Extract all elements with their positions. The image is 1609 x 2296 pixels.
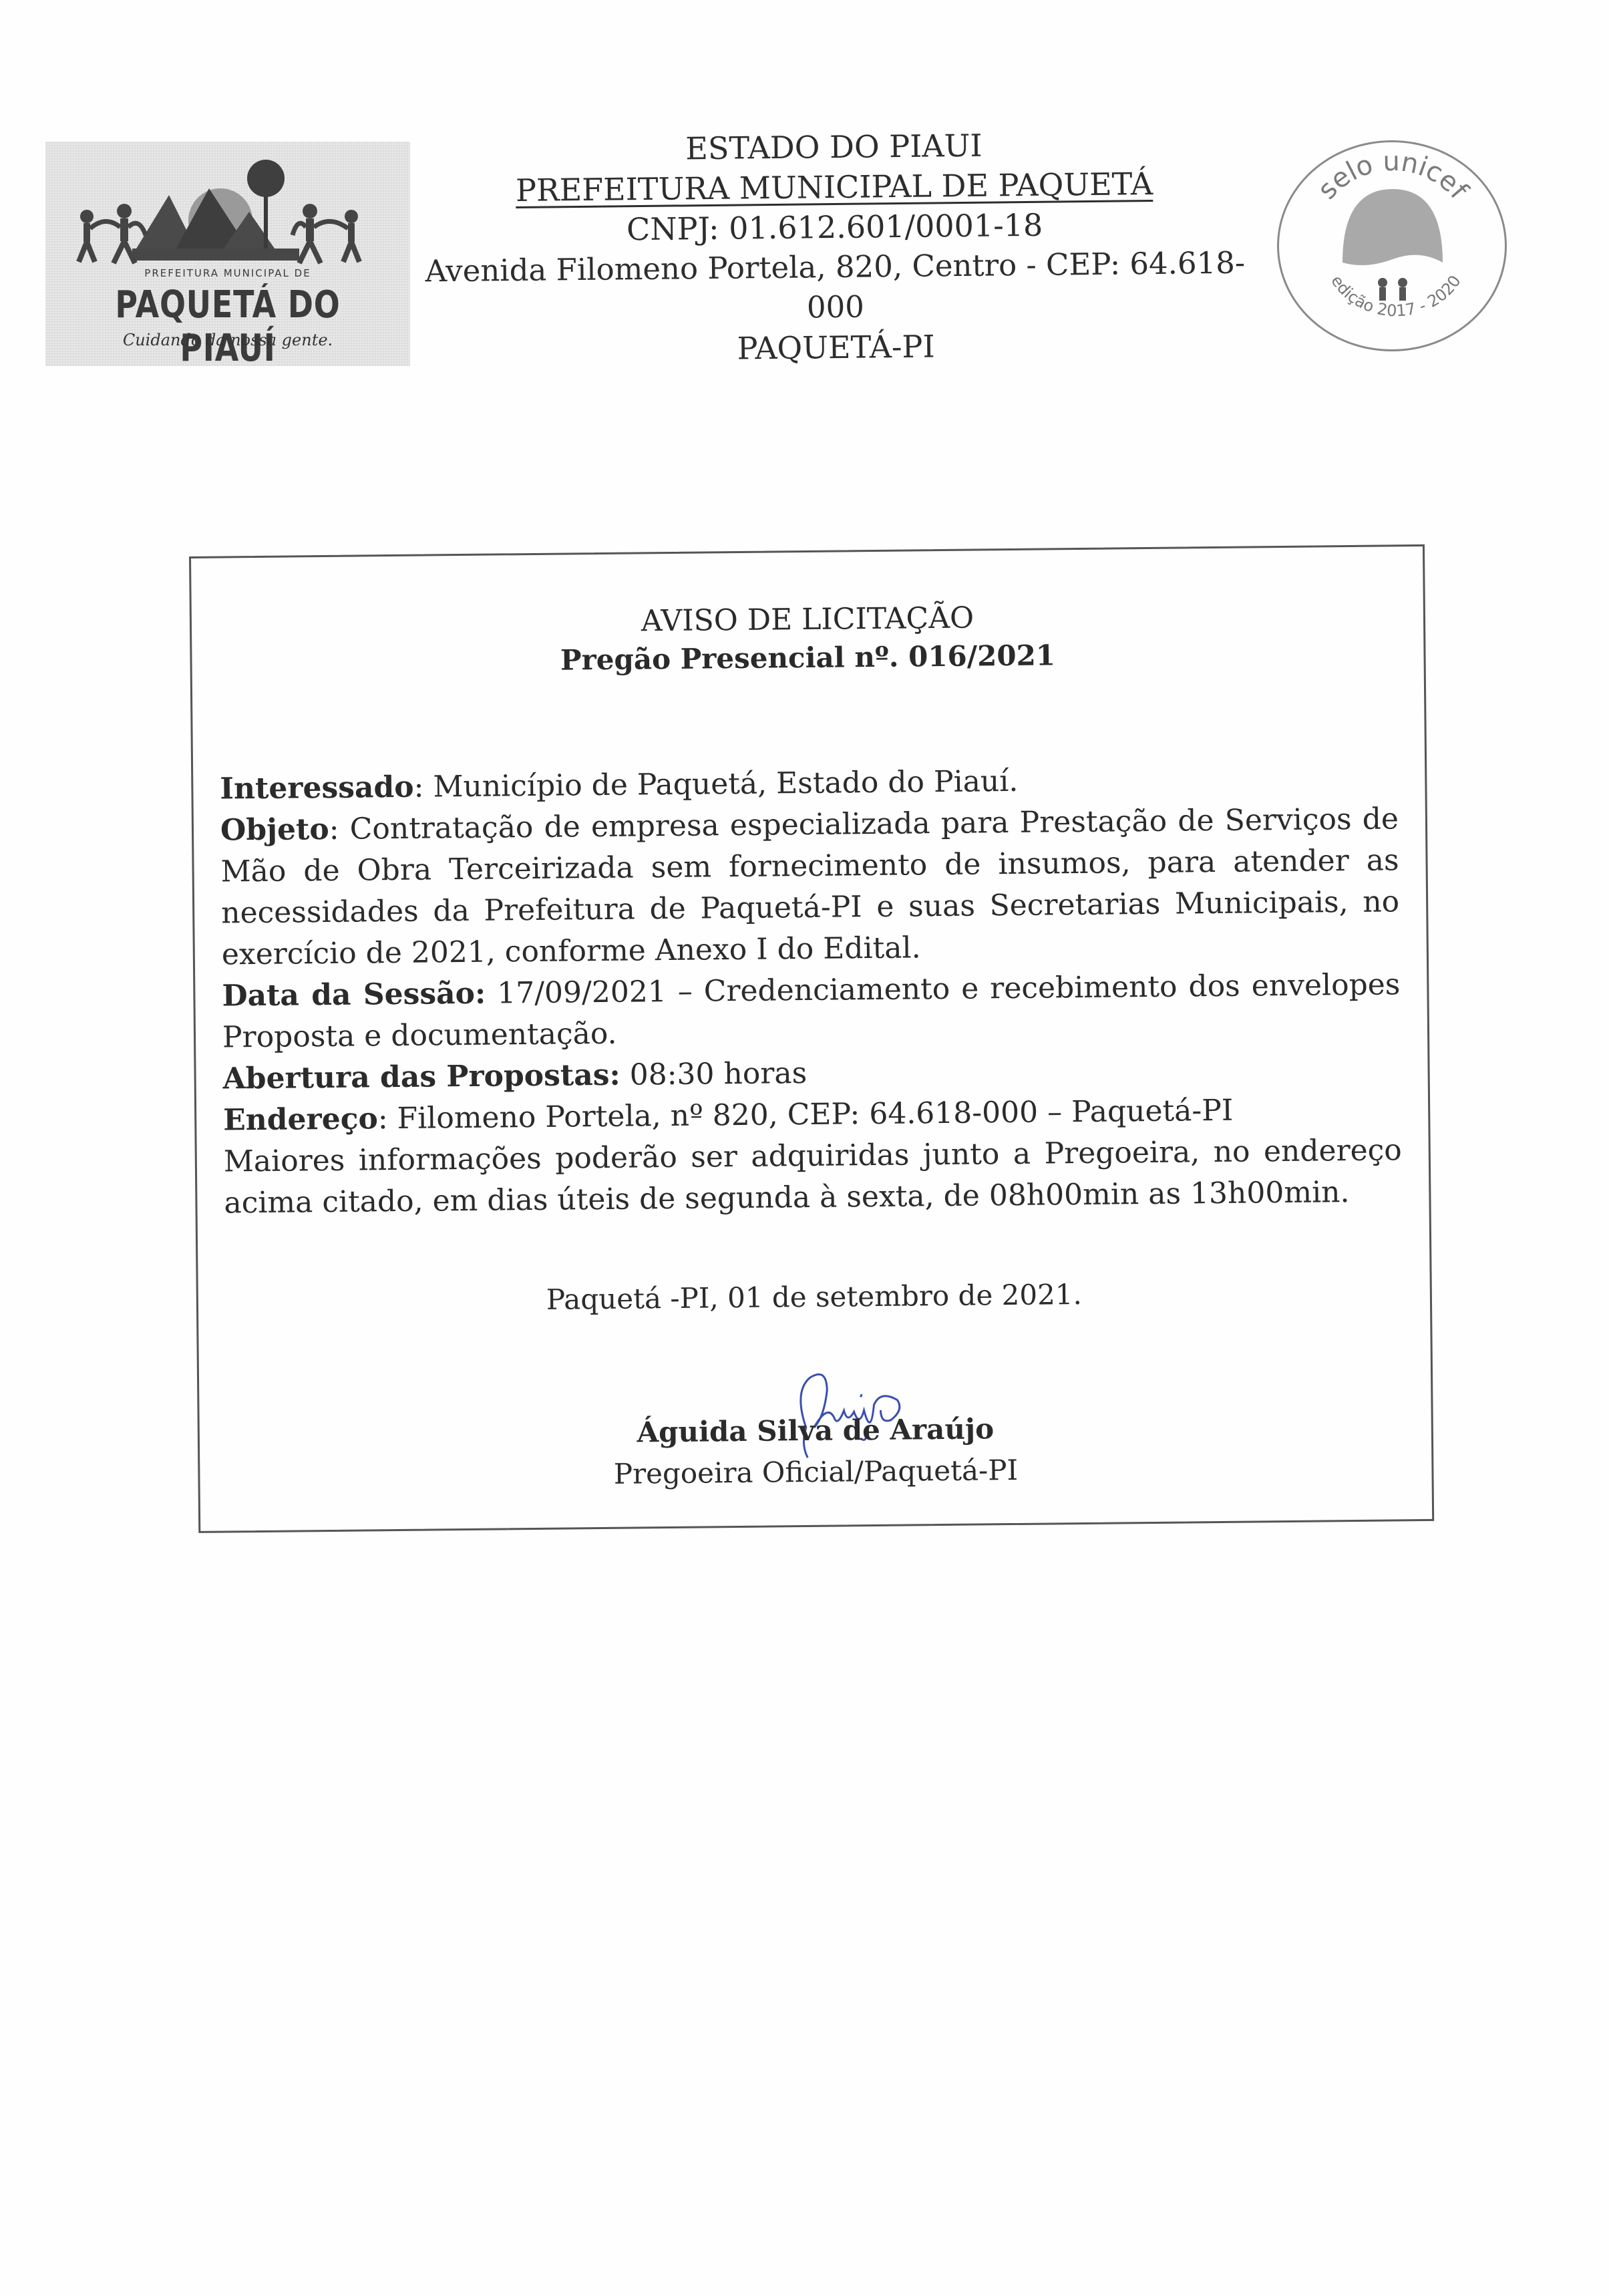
signer-role: Pregoeira Oficial/Paquetá-PI bbox=[200, 1450, 1431, 1494]
field-objeto: Objeto: Contratação de empresa especiali… bbox=[220, 798, 1400, 975]
notice-title: AVISO DE LICITAÇÃO bbox=[192, 597, 1423, 643]
label-endereco: Endereço bbox=[223, 1102, 378, 1137]
document-page: PREFEITURA MUNICIPAL DE PAQUETÁ DO PIAUÍ… bbox=[0, 0, 1609, 2296]
place-date: Paquetá -PI, 01 de setembro de 2021. bbox=[198, 1275, 1430, 1319]
label-objeto: Objeto bbox=[220, 812, 329, 848]
label-interessado: Interessado bbox=[220, 770, 414, 806]
value-abertura: 08:30 horas bbox=[620, 1056, 807, 1092]
value-endereco: : Filomeno Portela, nº 820, CEP: 64.618-… bbox=[378, 1094, 1234, 1136]
bid-notice-box: AVISO DE LICITAÇÃO Pregão Presencial nº.… bbox=[189, 544, 1434, 1533]
header-address: Avenida Filomeno Portela, 820, Centro - … bbox=[401, 242, 1270, 332]
header-city: PAQUETÁ-PI bbox=[401, 323, 1270, 372]
value-interessado: : Município de Paquetá, Estado do Piauí. bbox=[413, 764, 1018, 804]
label-abertura: Abertura das Propostas: bbox=[222, 1058, 620, 1096]
letterhead: ESTADO DO PIAUI PREFEITURA MUNICIPAL DE … bbox=[399, 122, 1270, 372]
label-data-sessao: Data da Sessão: bbox=[222, 977, 486, 1013]
field-data-sessao: Data da Sessão: 17/09/2021 – Credenciame… bbox=[222, 964, 1401, 1058]
svg-text:edição 2017 - 2020: edição 2017 - 2020 bbox=[1327, 272, 1465, 320]
value-objeto: : Contratação de empresa especializada p… bbox=[220, 802, 1399, 971]
logo-small-text: PREFEITURA MUNICIPAL DE bbox=[45, 267, 410, 279]
municipal-logo: PREFEITURA MUNICIPAL DE PAQUETÁ DO PIAUÍ… bbox=[45, 142, 410, 366]
signer-name: Águida Silva de Araújo bbox=[200, 1408, 1431, 1453]
field-info: Maiores informações poderão ser adquirid… bbox=[224, 1130, 1403, 1224]
notice-subtitle: Pregão Presencial nº. 016/2021 bbox=[192, 635, 1423, 680]
unicef-seal: selo unicef edição 2017 - 2020 bbox=[1277, 140, 1507, 351]
notice-body: Interessado: Município de Paquetá, Estad… bbox=[220, 757, 1403, 1224]
logo-municipality-name: PAQUETÁ DO PIAUÍ bbox=[78, 283, 377, 370]
unicef-seal-icon: selo unicef edição 2017 - 2020 bbox=[1279, 142, 1505, 349]
logo-tagline: Cuidando da nossa gente. bbox=[45, 331, 410, 349]
